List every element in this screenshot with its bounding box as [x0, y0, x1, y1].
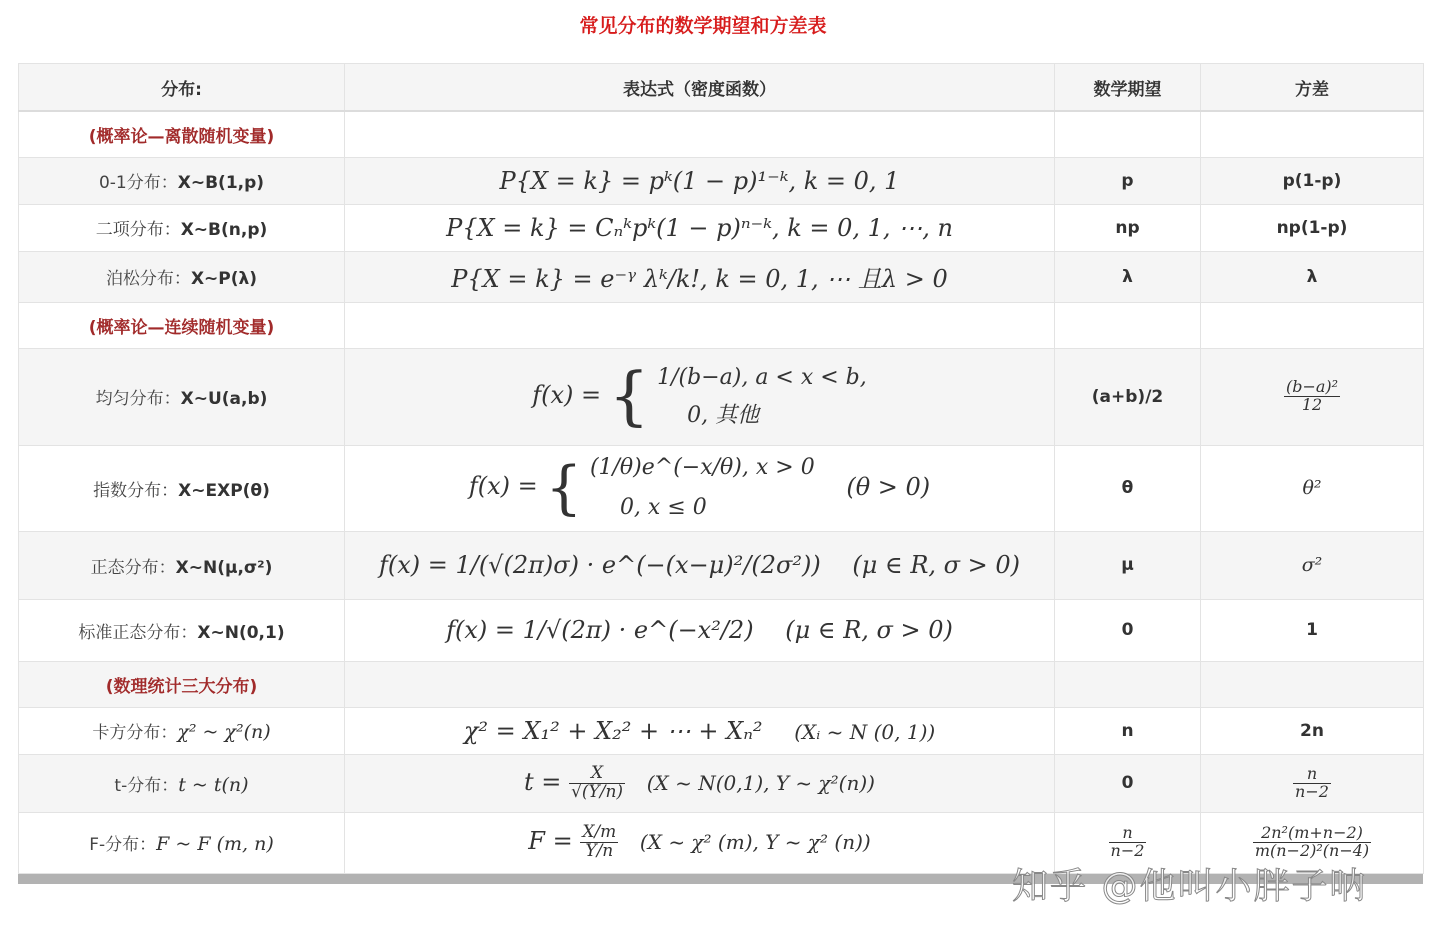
distribution-table: 分布: 表达式（密度函数） 数学期望 方差 (概率论—离散随机变量) 0-1分布…	[18, 63, 1424, 874]
header-distribution: 分布:	[19, 64, 345, 112]
distribution-name: 标准正态分布：X~N(0,1)	[19, 599, 345, 661]
distribution-table-container: 分布: 表达式（密度函数） 数学期望 方差 (概率论—离散随机变量) 0-1分布…	[18, 63, 1423, 884]
distribution-notation: X~B(n,p)	[181, 220, 268, 240]
variance-value: 2n	[1201, 707, 1424, 754]
expression: f(x) = 1/√(2π) · e^(−x²/2) (μ ∈ R, σ > 0…	[345, 599, 1055, 661]
variance-value: nn−2	[1201, 754, 1424, 812]
distribution-notation: X~P(λ)	[191, 269, 257, 289]
section-row-continuous: (概率论—连续随机变量)	[19, 302, 1424, 348]
mean-value: 0	[1055, 599, 1201, 661]
section-label: (概率论—离散随机变量)	[19, 111, 345, 157]
distribution-name: 二项分布：X~B(n,p)	[19, 204, 345, 251]
mean-value: 0	[1055, 754, 1201, 812]
variance-value: p(1-p)	[1201, 157, 1424, 204]
watermark: 知乎 @他叫小胖子呐	[1012, 858, 1367, 909]
section-label: (概率论—连续随机变量)	[19, 302, 345, 348]
distribution-name: 均匀分布：X~U(a,b)	[19, 348, 345, 445]
table-row: 指数分布：X~EXP(θ) f(x) = { (1/θ)e^(−x/θ), x …	[19, 445, 1424, 531]
table-row: 0-1分布：X~B(1,p) P{X = k} = pᵏ(1 − p)¹⁻ᵏ, …	[19, 157, 1424, 204]
mean-value: np	[1055, 204, 1201, 251]
expression: P{X = k} = pᵏ(1 − p)¹⁻ᵏ, k = 0, 1	[345, 157, 1055, 204]
section-row-discrete: (概率论—离散随机变量)	[19, 111, 1424, 157]
distribution-notation: χ² ~ χ²(n)	[177, 721, 270, 743]
mean-value: λ	[1055, 251, 1201, 302]
table-row: t-分布：t ~ t(n) t = X√(Y/n) (X ~ N(0,1), Y…	[19, 754, 1424, 812]
page-title: 常见分布的数学期望和方差表	[0, 11, 1406, 38]
table-row: 泊松分布：X~P(λ) P{X = k} = e⁻ᵞ λᵏ/k!, k = 0,…	[19, 251, 1424, 302]
expression: χ² = X₁² + X₂² + ⋯ + Xₙ² (Xᵢ ~ N (0, 1))	[345, 707, 1055, 754]
distribution-notation: X~N(0,1)	[197, 623, 284, 643]
table-header-row: 分布: 表达式（密度函数） 数学期望 方差	[19, 64, 1424, 112]
distribution-name: 正态分布：X~N(μ,σ²)	[19, 531, 345, 599]
expression: F = X/mY/n (X ~ χ² (m), Y ~ χ² (n))	[345, 812, 1055, 873]
table-row: 均匀分布：X~U(a,b) f(x) = { 1/(b−a), a < x < …	[19, 348, 1424, 445]
distribution-name: 卡方分布：χ² ~ χ²(n)	[19, 707, 345, 754]
distribution-name: t-分布：t ~ t(n)	[19, 754, 345, 812]
mean-value: (a+b)/2	[1055, 348, 1201, 445]
variance-value: np(1-p)	[1201, 204, 1424, 251]
distribution-notation: X~EXP(θ)	[178, 481, 270, 501]
section-row-statistics: (数理统计三大分布)	[19, 661, 1424, 707]
variance-value: σ²	[1201, 531, 1424, 599]
table-row: 标准正态分布：X~N(0,1) f(x) = 1/√(2π) · e^(−x²/…	[19, 599, 1424, 661]
expression: f(x) = { 1/(b−a), a < x < b, 0, 其他	[345, 348, 1055, 445]
distribution-name: 泊松分布：X~P(λ)	[19, 251, 345, 302]
distribution-notation: X~N(μ,σ²)	[176, 558, 273, 578]
header-mean: 数学期望	[1055, 64, 1201, 112]
expression: f(x) = 1/(√(2π)σ) · e^(−(x−μ)²/(2σ²)) (μ…	[345, 531, 1055, 599]
variance-value: θ²	[1201, 445, 1424, 531]
header-variance: 方差	[1201, 64, 1424, 112]
expression: f(x) = { (1/θ)e^(−x/θ), x > 0 0, x ≤ 0 (…	[345, 445, 1055, 531]
mean-value: p	[1055, 157, 1201, 204]
expression: P{X = k} = Cₙᵏpᵏ(1 − p)ⁿ⁻ᵏ, k = 0, 1, ⋯,…	[345, 204, 1055, 251]
distribution-name: 指数分布：X~EXP(θ)	[19, 445, 345, 531]
distribution-notation: X~B(1,p)	[178, 173, 264, 193]
variance-value: λ	[1201, 251, 1424, 302]
distribution-notation: X~U(a,b)	[181, 389, 268, 409]
expression: t = X√(Y/n) (X ~ N(0,1), Y ~ χ²(n))	[345, 754, 1055, 812]
variance-value: 1	[1201, 599, 1424, 661]
mean-value: μ	[1055, 531, 1201, 599]
section-label: (数理统计三大分布)	[19, 661, 345, 707]
distribution-name: F-分布：F ~ F (m, n)	[19, 812, 345, 873]
expression: P{X = k} = e⁻ᵞ λᵏ/k!, k = 0, 1, ⋯ 且λ > 0	[345, 251, 1055, 302]
header-expression: 表达式（密度函数）	[345, 64, 1055, 112]
mean-value: n	[1055, 707, 1201, 754]
mean-value: θ	[1055, 445, 1201, 531]
table-row: 卡方分布：χ² ~ χ²(n) χ² = X₁² + X₂² + ⋯ + Xₙ²…	[19, 707, 1424, 754]
variance-value: (b−a)²12	[1201, 348, 1424, 445]
distribution-name: 0-1分布：X~B(1,p)	[19, 157, 345, 204]
distribution-notation: t ~ t(n)	[178, 774, 248, 796]
table-row: 二项分布：X~B(n,p) P{X = k} = Cₙᵏpᵏ(1 − p)ⁿ⁻ᵏ…	[19, 204, 1424, 251]
distribution-notation: F ~ F (m, n)	[156, 833, 274, 855]
table-row: 正态分布：X~N(μ,σ²) f(x) = 1/(√(2π)σ) · e^(−(…	[19, 531, 1424, 599]
